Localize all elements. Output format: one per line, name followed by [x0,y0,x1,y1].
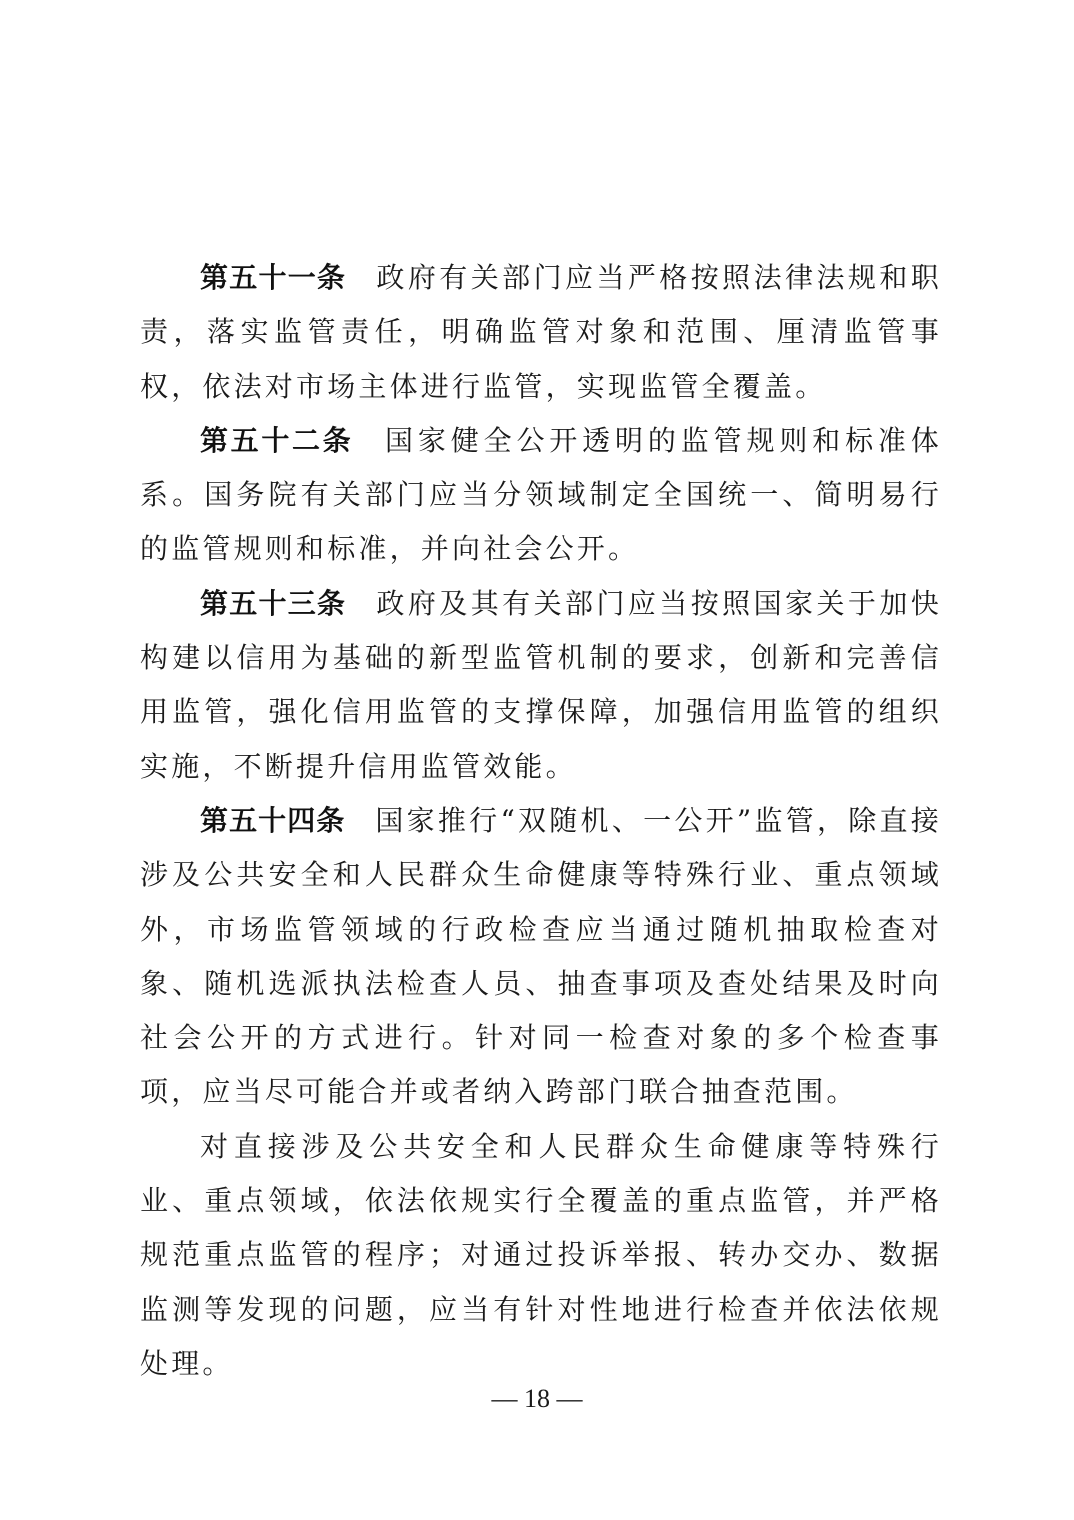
continuation-paragraph: 对直接涉及公共安全和人民群众生命健康等特殊行业、重点领域，依法依规实行全覆盖的重… [140,1120,942,1391]
article-number: 第五十四条 [200,804,345,837]
article-text: 国家推行“双随机、一公开”监管，除直接涉及公共安全和人民群众生命健康等特殊行业、… [140,804,942,1108]
article-51: 第五十一条政府有关部门应当严格按照法律法规和职责，落实监管责任，明确监管对象和范… [140,251,942,414]
article-53: 第五十三条政府及其有关部门应当按照国家关于加快构建以信用为基础的新型监管机制的要… [140,577,942,794]
article-number: 第五十一条 [200,261,346,294]
page-number: — 18 — [0,1384,1074,1414]
document-page: 第五十一条政府有关部门应当严格按照法律法规和职责，落实监管责任，明确监管对象和范… [0,0,1074,1520]
article-54: 第五十四条国家推行“双随机、一公开”监管，除直接涉及公共安全和人民群众生命健康等… [140,794,942,1120]
document-body: 第五十一条政府有关部门应当严格按照法律法规和职责，落实监管责任，明确监管对象和范… [140,251,942,1391]
article-number: 第五十三条 [200,587,346,620]
article-number: 第五十二条 [200,424,353,457]
article-52: 第五十二条国家健全公开透明的监管规则和标准体系。国务院有关部门应当分领域制定全国… [140,414,942,577]
